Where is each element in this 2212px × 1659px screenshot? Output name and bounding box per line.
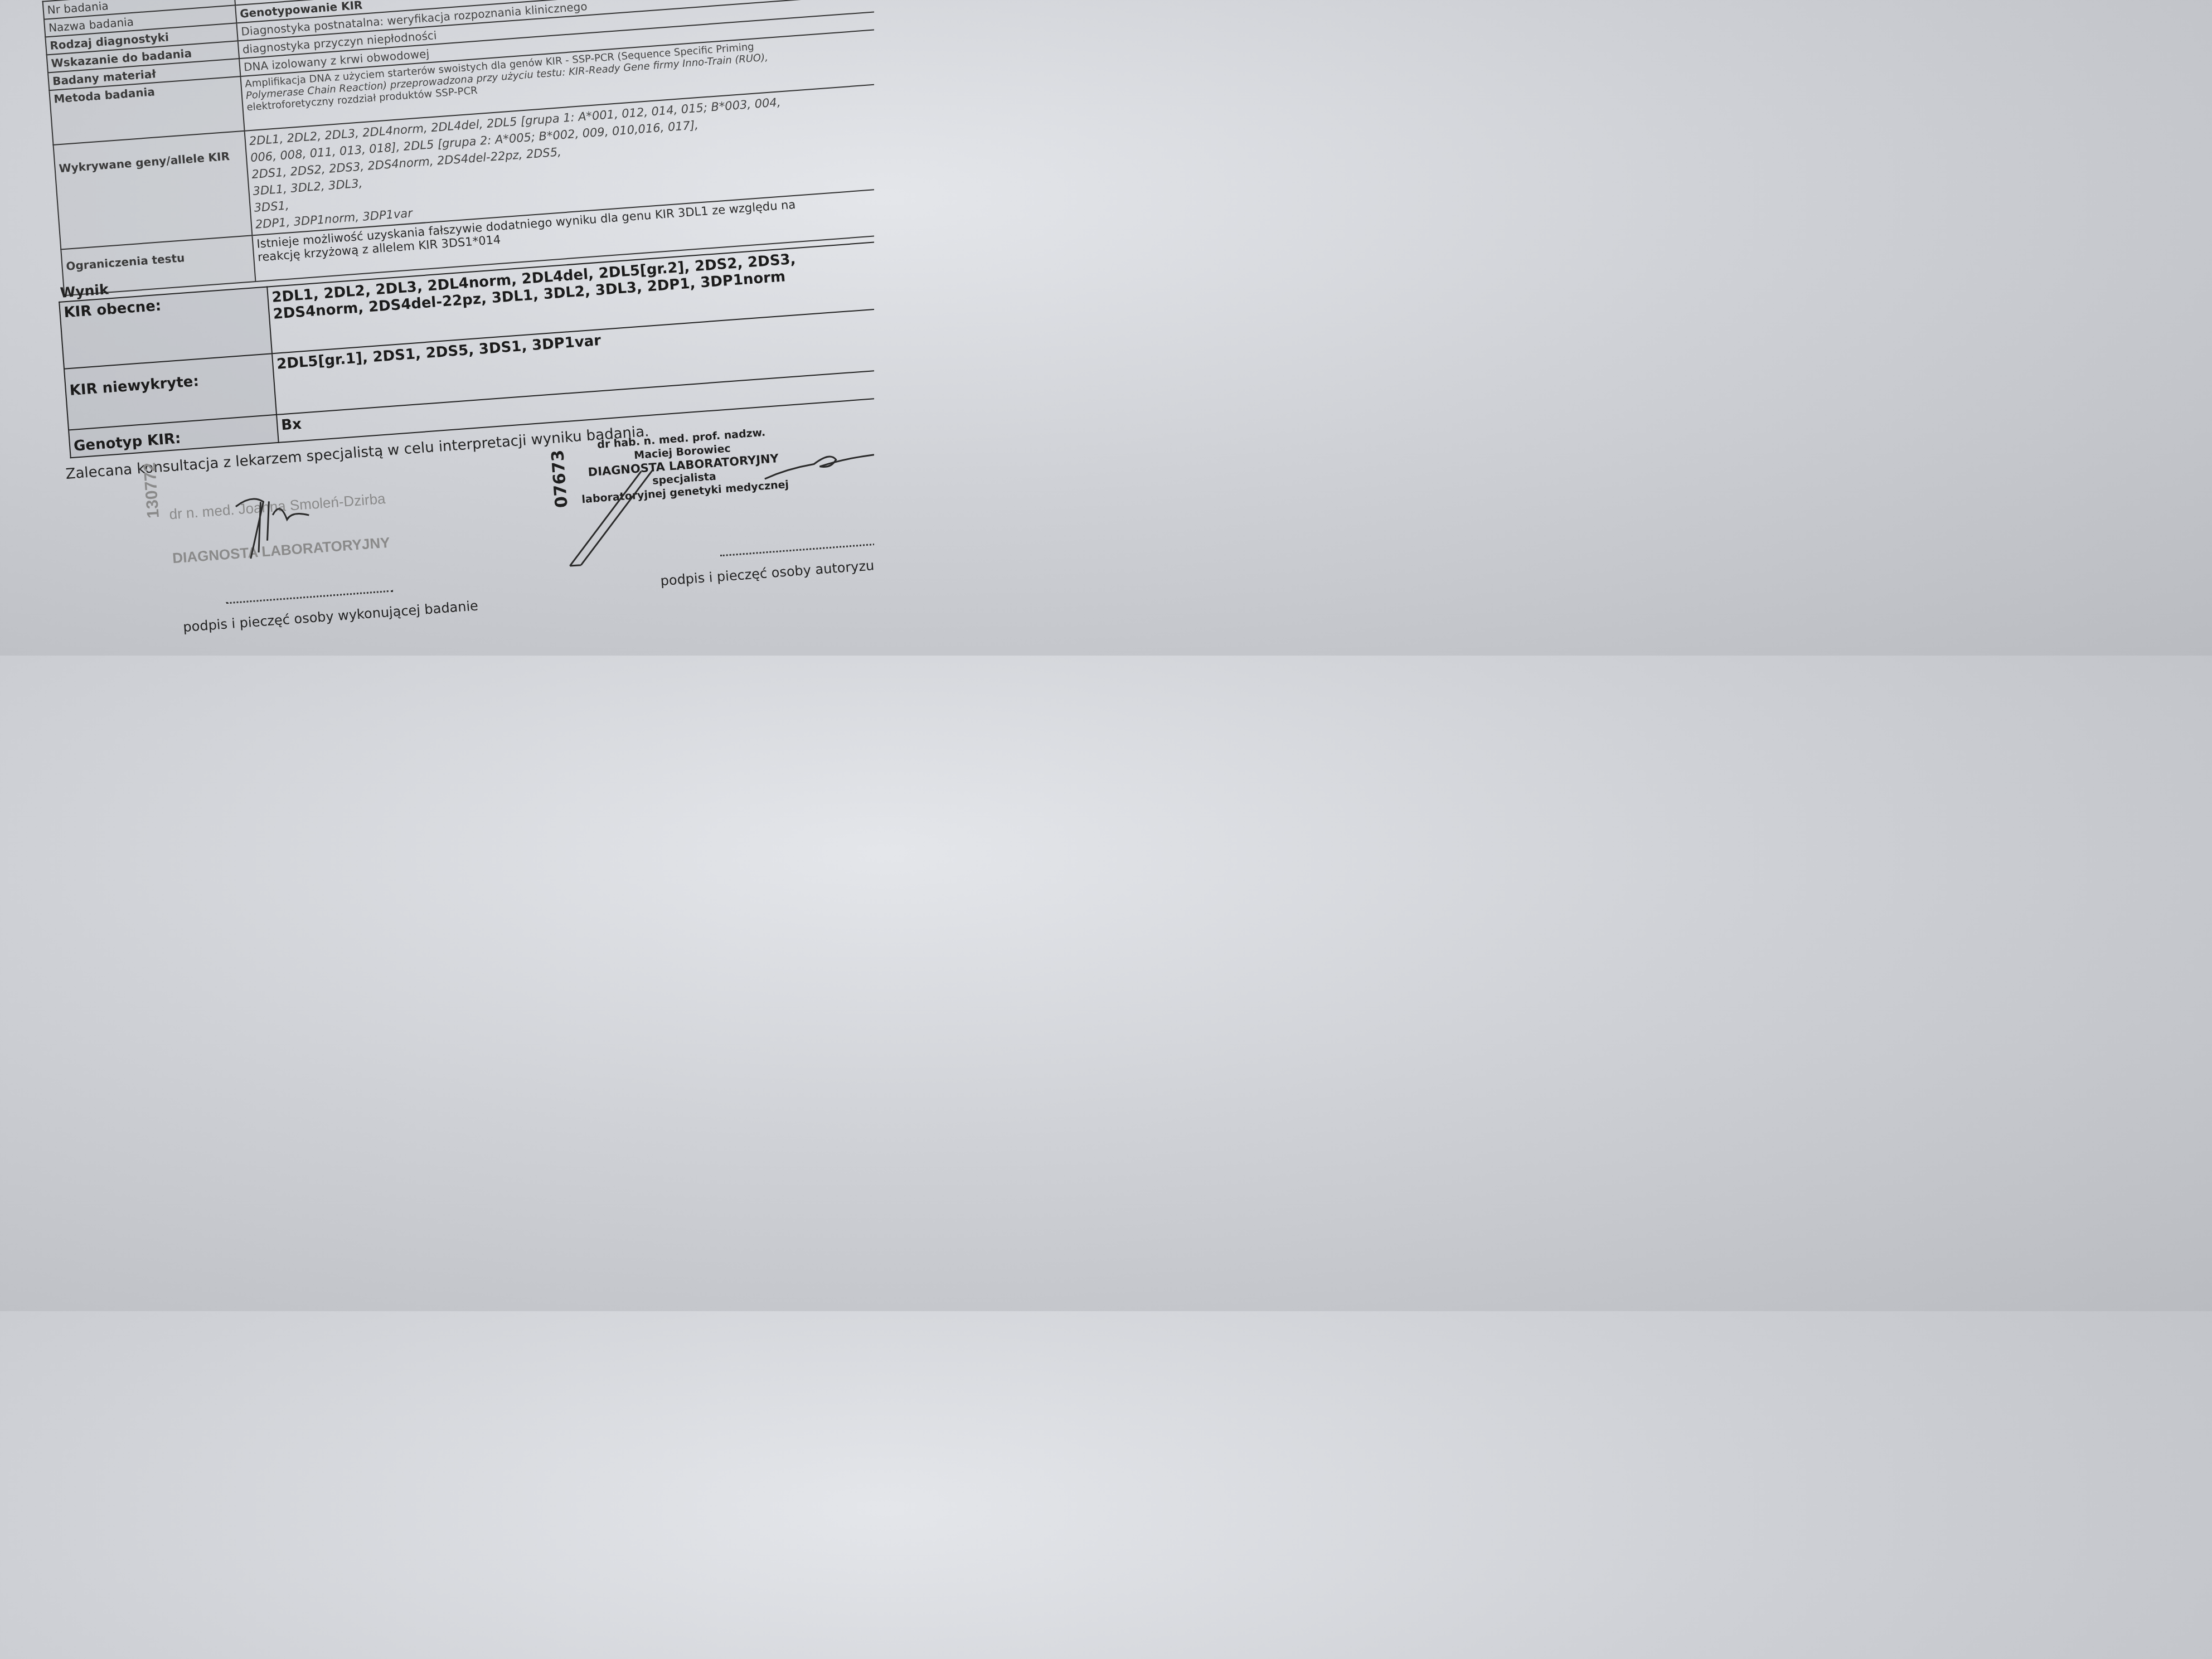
signature-right-icon	[551, 429, 874, 578]
info-label: Wykrywane geny/allele KIR	[54, 131, 253, 250]
lab-report-page: Informacje o badaniu Nr badania IM22/20 …	[0, 0, 874, 656]
signature-left-icon	[229, 486, 329, 565]
stamp-left-number: 130772	[140, 462, 163, 518]
signature-left-line	[226, 590, 392, 604]
